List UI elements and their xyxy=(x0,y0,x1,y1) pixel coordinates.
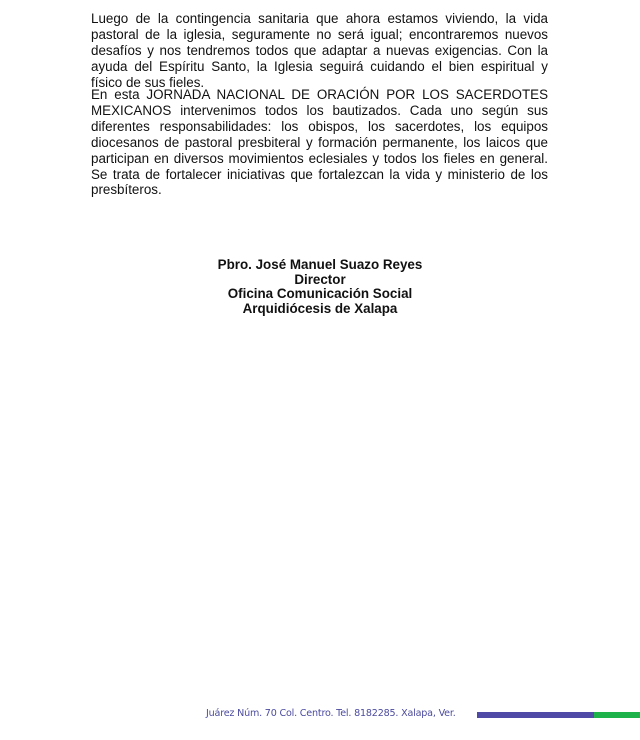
footer-bar-purple-segment xyxy=(477,712,594,718)
footer-color-bar xyxy=(477,712,640,718)
footer-address: Juárez Núm. 70 Col. Centro. Tel. 8182285… xyxy=(206,708,456,719)
signature-office: Oficina Comunicación Social xyxy=(0,287,640,302)
footer-bar-green-segment xyxy=(594,712,640,718)
paragraph-jornada: En esta JORNADA NACIONAL DE ORACIÓN POR … xyxy=(91,87,548,198)
paragraph-contingency: Luego de la contingencia sanitaria que a… xyxy=(91,11,548,91)
signature-name: Pbro. José Manuel Suazo Reyes xyxy=(0,258,640,273)
signature-block: Pbro. José Manuel Suazo Reyes Director O… xyxy=(0,258,640,316)
document-page: Luego de la contingencia sanitaria que a… xyxy=(0,0,640,740)
signature-title: Director xyxy=(0,273,640,288)
signature-organization: Arquidiócesis de Xalapa xyxy=(0,302,640,317)
